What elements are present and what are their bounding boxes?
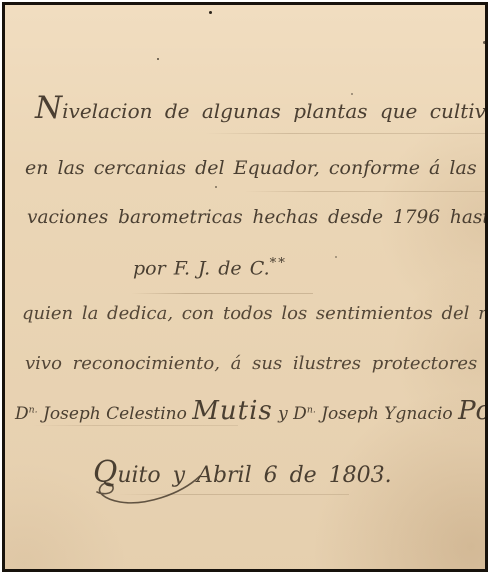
parchment-page: Nivelacion de algunas plantas que cultiv…	[2, 2, 488, 572]
names-line: Dn. Joseph Celestino Mutis y Dn. Joseph …	[15, 396, 488, 426]
ink-speck	[209, 11, 212, 14]
dedication-line-1: quien la dedica, con todos los sentimien…	[22, 303, 488, 324]
pencil-guideline	[131, 293, 313, 294]
conjunction: y	[273, 404, 293, 424]
author-prefix: por	[133, 257, 174, 279]
don-superscript: n.	[29, 404, 38, 415]
dedication-line-2: vivo reconocimiento, á sus ilustres prot…	[25, 353, 477, 374]
name-pombo-given: Joseph Ygnacio	[316, 404, 458, 424]
pencil-guideline	[245, 191, 485, 192]
title-line-2: en las cercanias del Equador, conforme á…	[25, 157, 488, 179]
ink-speck	[335, 256, 337, 258]
manuscript-photo: Nivelacion de algunas plantas que cultiv…	[0, 0, 490, 574]
ink-speck	[483, 41, 486, 44]
don-abbrev: D	[15, 404, 29, 424]
pencil-guideline	[205, 133, 487, 134]
title-line-1: Nivelacion de algunas plantas que cultiv…	[35, 90, 488, 126]
name-mutis-given: Joseph Celestino	[38, 404, 193, 424]
title-line-3: vaciones barometricas hechas desde 1796 …	[27, 207, 488, 228]
ink-speck	[157, 58, 159, 60]
ink-speck	[215, 186, 217, 188]
author-line: por F. J. de C.**	[133, 256, 287, 279]
name-pombo-surname: Pombo.	[458, 396, 488, 426]
don-abbrev: D	[293, 404, 307, 424]
calligraphic-flourish	[88, 473, 218, 509]
don-superscript: n.	[307, 404, 316, 415]
author-stars: **	[270, 256, 287, 271]
name-mutis-surname: Mutis	[192, 396, 272, 426]
author-initials: F. J. de C.	[174, 257, 270, 279]
